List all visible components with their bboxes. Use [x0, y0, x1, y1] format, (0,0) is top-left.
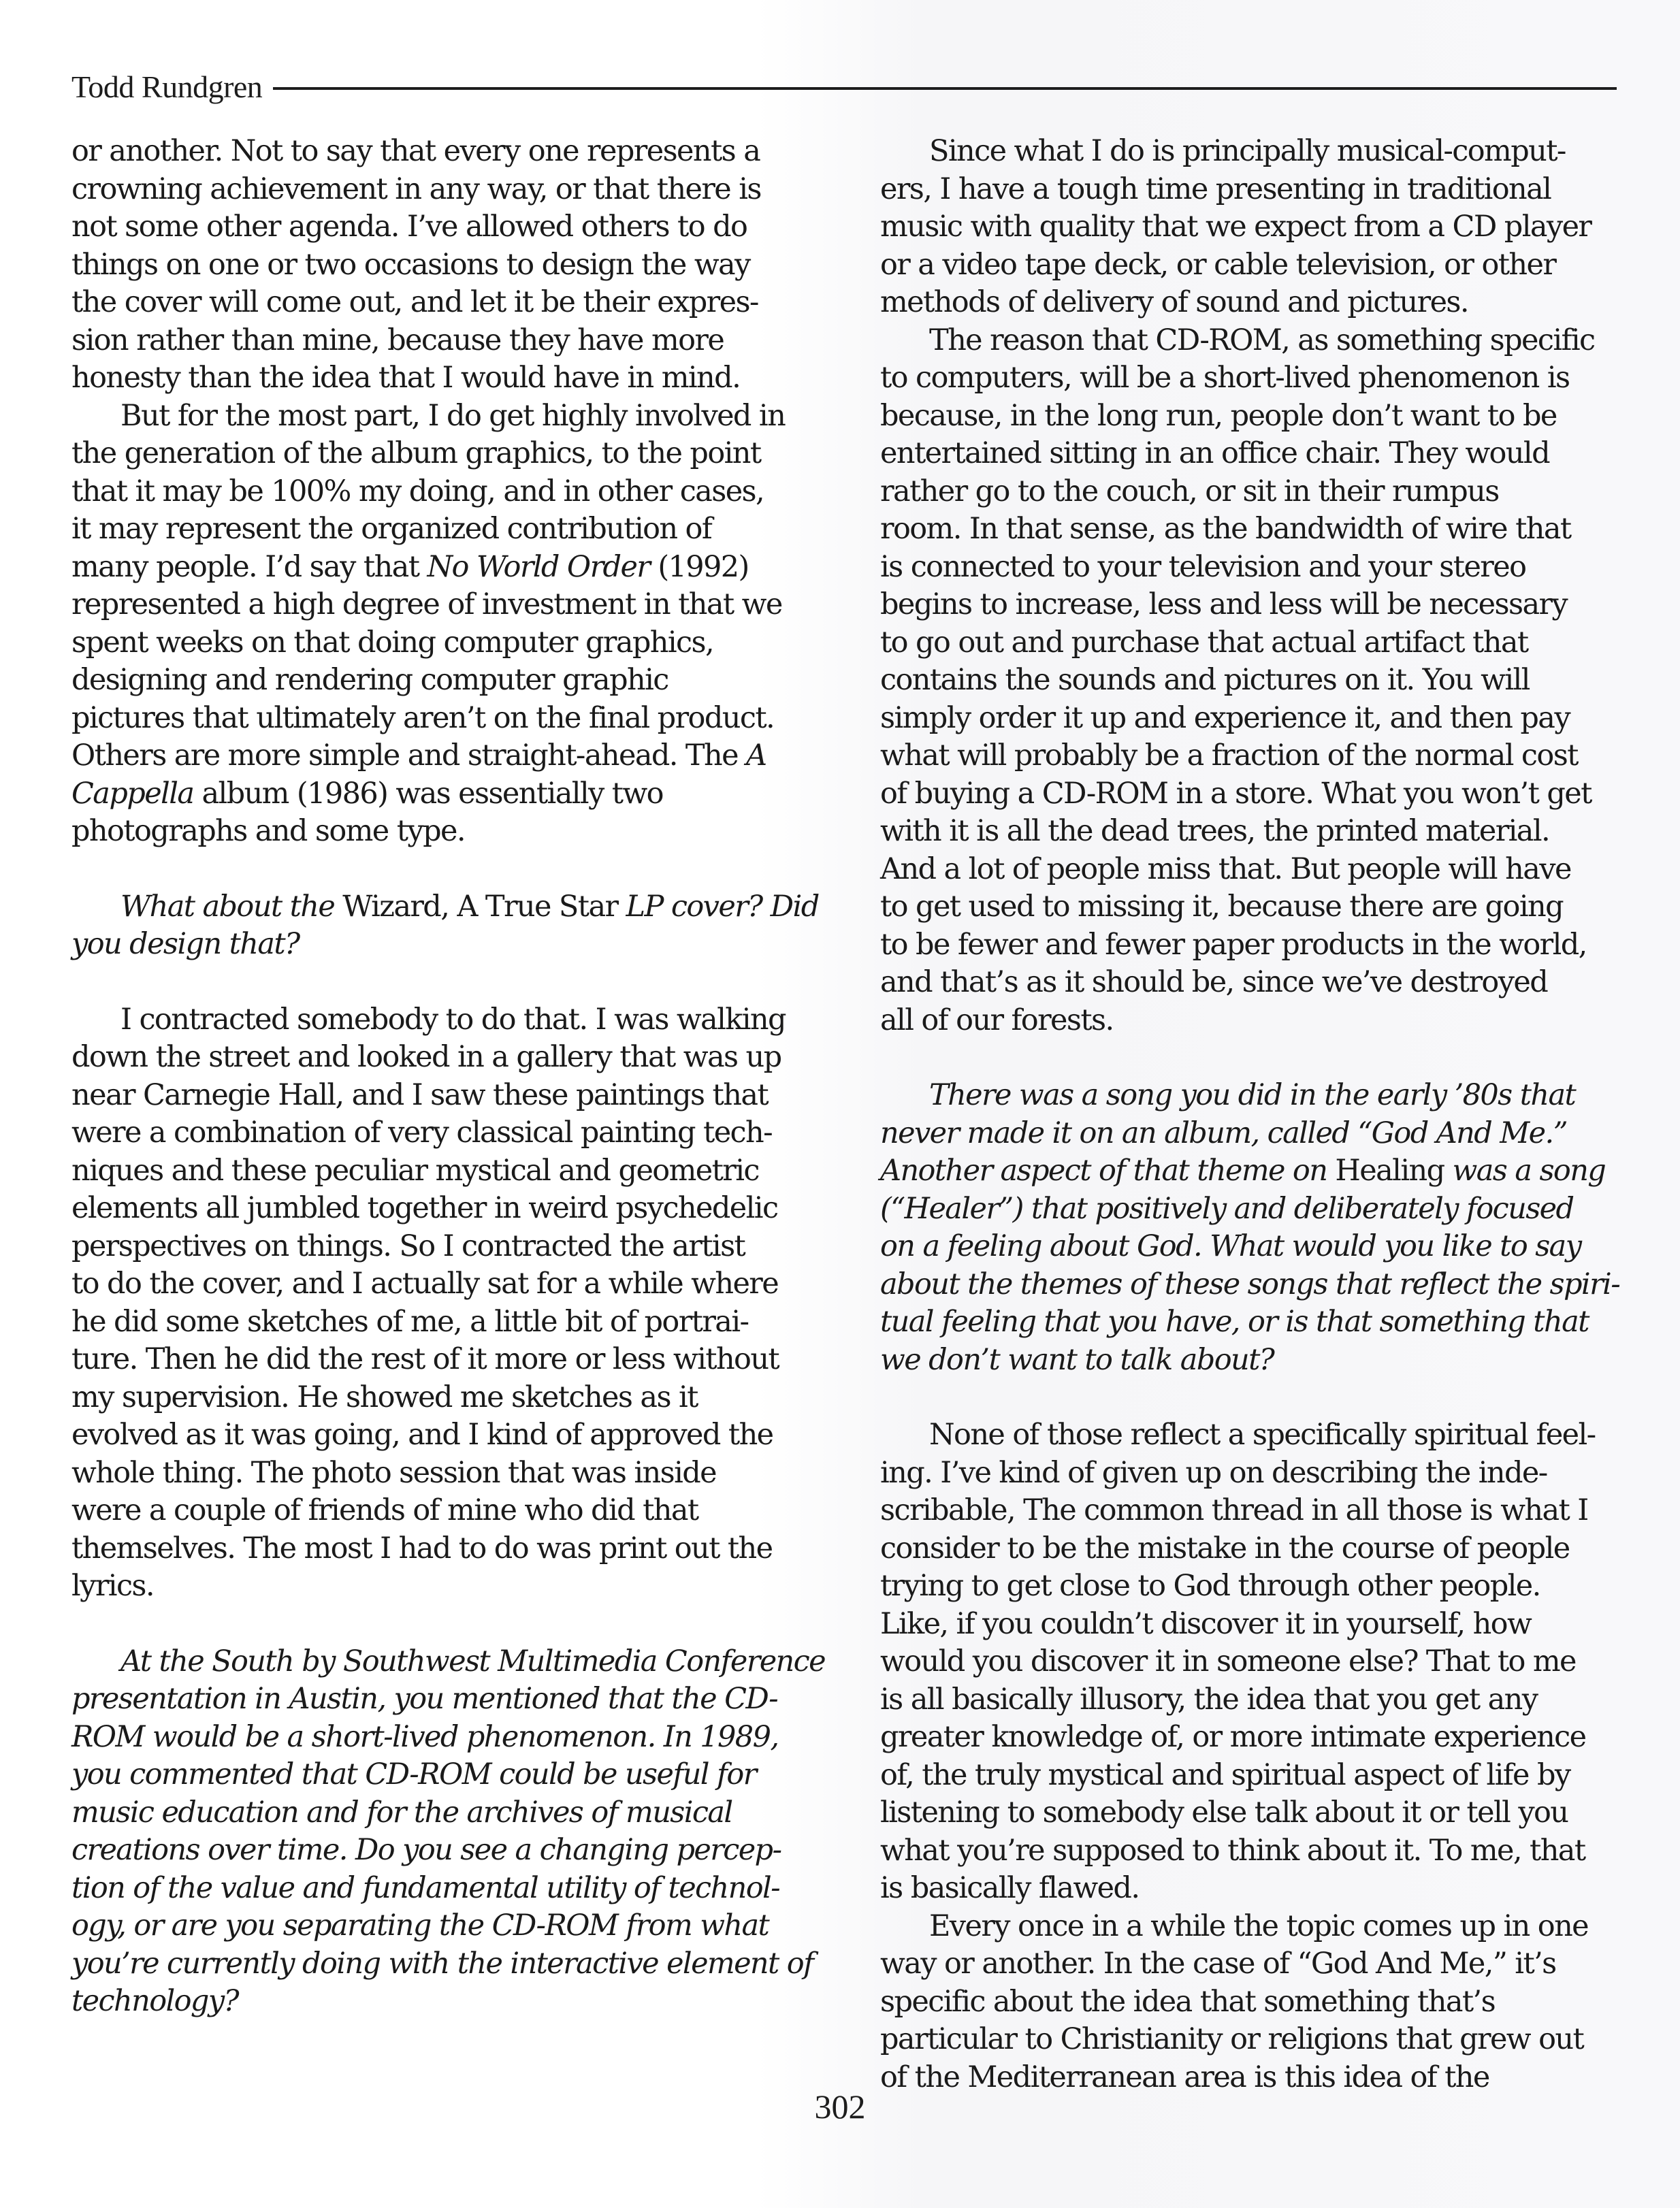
spacer [71, 1606, 810, 1643]
spacer [71, 851, 810, 888]
text-line: evolved as it was going, and I kind of a… [71, 1416, 810, 1455]
text-line: I contracted somebody to do that. I was … [71, 1001, 810, 1039]
text-line: is basically flawed. [880, 1870, 1619, 1908]
text-line: would you discover it in someone else? T… [880, 1643, 1619, 1681]
text-line: trying to get close to God through other… [880, 1568, 1619, 1606]
text-line: particular to Christianity or religions … [880, 2021, 1619, 2059]
text-line: honesty than the idea that I would have … [71, 359, 810, 397]
text-line: photographs and some type. [71, 813, 810, 851]
spacer [880, 1039, 1619, 1077]
text-line: niques and these peculiar mystical and g… [71, 1152, 810, 1190]
text-line: There was a song you did in the early ’8… [880, 1077, 1619, 1115]
text-line: greater knowledge of, or more intimate e… [880, 1719, 1619, 1757]
answer-paragraph: Since what I do is principally musical-c… [880, 133, 1619, 322]
text-line: because, in the long run, people don’t w… [880, 397, 1619, 436]
text-line: of buying a CD-ROM in a store. What you … [880, 775, 1619, 813]
text-line: pictures that ultimately aren’t on the f… [71, 700, 810, 738]
text-line: methods of delivery of sound and picture… [880, 284, 1619, 322]
text-line: never made it on an album, called “God A… [880, 1115, 1619, 1153]
spacer [71, 964, 810, 1001]
header-rule [273, 87, 1617, 90]
text-line: perspectives on things. So I contracted … [71, 1228, 810, 1266]
text-line: The reason that CD-ROM, as something spe… [880, 322, 1619, 360]
text-line: is all basically illusory, the idea that… [880, 1681, 1619, 1719]
text-line: crowning achievement in any way, or that… [71, 171, 810, 209]
text-run: (1992) [649, 550, 748, 584]
text-line: And a lot of people miss that. But peopl… [880, 851, 1619, 889]
text-line: that it may be 100% my doing, and in oth… [71, 473, 810, 511]
answer-paragraph: The reason that CD-ROM, as something spe… [880, 322, 1619, 1040]
album-title: Healing [1335, 1154, 1444, 1188]
text-line: Cappella album (1986) was essentially tw… [71, 775, 810, 813]
text-line: you design that? [71, 926, 810, 964]
text-line: spent weeks on that doing computer graph… [71, 624, 810, 662]
text-line: not some other agenda. I’ve allowed othe… [71, 208, 810, 246]
text-line: entertained sitting in an office chair. … [880, 435, 1619, 473]
text-line: But for the most part, I do get highly i… [71, 397, 810, 436]
text-line: about the themes of these songs that ref… [880, 1266, 1619, 1304]
text-line: simply order it up and experience it, an… [880, 700, 1619, 738]
text-line: presentation in Austin, you mentioned th… [71, 1681, 810, 1719]
text-line: near Carnegie Hall, and I saw these pain… [71, 1077, 810, 1115]
text-line: What about the Wizard, A True Star LP co… [71, 888, 810, 926]
text-line: designing and rendering computer graphic [71, 662, 810, 700]
text-line: what you’re supposed to think about it. … [880, 1832, 1619, 1870]
text-line: to do the cover, and I actually sat for … [71, 1265, 810, 1303]
text-line: many people. I’d say that No World Order… [71, 549, 810, 587]
text-line: whole thing. The photo session that was … [71, 1455, 810, 1493]
text-line: None of those reflect a specifically spi… [880, 1416, 1619, 1455]
running-title: Todd Rundgren [71, 69, 262, 105]
text-line: to go out and purchase that actual artif… [880, 624, 1619, 662]
text-line: he did some sketches of me, a little bit… [71, 1303, 810, 1342]
text-run: What about the [120, 890, 342, 924]
text-run: many people. I’d say that [71, 550, 427, 584]
text-line: ROM would be a short-lived phenomenon. I… [71, 1719, 810, 1757]
text-line: ing. I’ve kind of given up on describing… [880, 1455, 1619, 1493]
text-line: you’re currently doing with the interact… [71, 1945, 810, 1983]
text-line: scribable, The common thread in all thos… [880, 1492, 1619, 1530]
running-header: Todd Rundgren [71, 63, 1617, 110]
text-line: Every once in a while the topic comes up… [880, 1908, 1619, 1946]
album-title: Cappella [71, 777, 193, 811]
text-line: on a feeling about God. What would you l… [880, 1228, 1619, 1266]
album-title: A [746, 738, 766, 773]
question-paragraph: At the South by Southwest Multimedia Con… [71, 1643, 810, 2021]
text-line: or another. Not to say that every one re… [71, 133, 810, 171]
text-line: creations over time. Do you see a changi… [71, 1832, 810, 1870]
text-line: ture. Then he did the rest of it more or… [71, 1341, 810, 1379]
text-run: Another aspect of that theme on [880, 1154, 1335, 1188]
text-line: or a video tape deck, or cable televisio… [880, 246, 1619, 285]
text-line: ers, I have a tough time presenting in t… [880, 171, 1619, 209]
answer-paragraph: I contracted somebody to do that. I was … [71, 1001, 810, 1606]
text-line: Others are more simple and straight-ahea… [71, 737, 810, 775]
text-line: to be fewer and fewer paper products in … [880, 926, 1619, 964]
answer-paragraph: Every once in a while the topic comes up… [880, 1908, 1619, 2097]
answer-paragraph: But for the most part, I do get highly i… [71, 397, 810, 851]
text-line: tion of the value and fundamental utilit… [71, 1870, 810, 1908]
text-line: you commented that CD-ROM could be usefu… [71, 1756, 810, 1794]
text-run: LP cover? Did [617, 890, 818, 924]
text-line: Since what I do is principally musical-c… [880, 133, 1619, 171]
text-line: were a couple of friends of mine who did… [71, 1492, 810, 1530]
left-column: or another. Not to say that every one re… [71, 133, 810, 2021]
text-line: rather go to the couch, or sit in their … [880, 473, 1619, 511]
text-line: ogy, or are you separating the CD-ROM fr… [71, 1907, 810, 1945]
text-line: tual feeling that you have, or is that s… [880, 1303, 1619, 1342]
text-run: was a song [1444, 1154, 1606, 1188]
page-number: 302 [0, 2087, 1680, 2126]
text-line: themselves. The most I had to do was pri… [71, 1530, 810, 1568]
text-line: down the street and looked in a gallery … [71, 1039, 810, 1077]
text-run: album (1986) was essentially two [193, 777, 663, 811]
text-line: listening to somebody else talk about it… [880, 1794, 1619, 1832]
text-run: Others are more simple and straight-ahea… [71, 738, 746, 773]
text-line: music with quality that we expect from a… [880, 208, 1619, 246]
text-line: the cover will come out, and let it be t… [71, 284, 810, 322]
text-line: Like, if you couldn’t discover it in you… [880, 1606, 1619, 1644]
text-line: all of our forests. [880, 1002, 1619, 1040]
text-line: to get used to missing it, because there… [880, 888, 1619, 926]
text-line: represented a high degree of investment … [71, 586, 810, 624]
text-line: music education and for the archives of … [71, 1794, 810, 1832]
text-line: to computers, will be a short-lived phen… [880, 359, 1619, 397]
text-line: and that’s as it should be, since we’ve … [880, 964, 1619, 1002]
answer-paragraph: None of those reflect a specifically spi… [880, 1416, 1619, 1908]
text-line: it may represent the organized contribut… [71, 510, 810, 549]
text-line: begins to increase, less and less will b… [880, 586, 1619, 624]
text-line: Another aspect of that theme on Healing … [880, 1152, 1619, 1190]
text-line: what will probably be a fraction of the … [880, 737, 1619, 775]
text-line: elements all jumbled together in weird p… [71, 1190, 810, 1228]
album-title: No World Order [427, 550, 649, 584]
text-line: sion rather than mine, because they have… [71, 322, 810, 360]
text-line: we don’t want to talk about? [880, 1342, 1619, 1380]
text-line: my supervision. He showed me sketches as… [71, 1379, 810, 1417]
album-title: Wizard, A True Star [342, 890, 617, 924]
text-line: of, the truly mystical and spiritual asp… [880, 1757, 1619, 1795]
text-line: contains the sounds and pictures on it. … [880, 662, 1619, 700]
text-line: (“Healer”) that positively and deliberat… [880, 1190, 1619, 1229]
text-line: specific about the idea that something t… [880, 1983, 1619, 2022]
text-line: with it is all the dead trees, the print… [880, 813, 1619, 851]
text-line: lyrics. [71, 1568, 810, 1606]
spacer [880, 1379, 1619, 1416]
text-line: way or another. In the case of “God And … [880, 1945, 1619, 1983]
text-line: the generation of the album graphics, to… [71, 435, 810, 473]
question-paragraph: There was a song you did in the early ’8… [880, 1077, 1619, 1379]
right-column: Since what I do is principally musical-c… [880, 133, 1619, 2096]
text-line: is connected to your television and your… [880, 549, 1619, 587]
text-line: technology? [71, 1983, 810, 2021]
text-line: were a combination of very classical pai… [71, 1114, 810, 1152]
question-paragraph: What about the Wizard, A True Star LP co… [71, 888, 810, 964]
text-line: things on one or two occasions to design… [71, 246, 810, 285]
answer-paragraph: or another. Not to say that every one re… [71, 133, 810, 397]
text-line: At the South by Southwest Multimedia Con… [71, 1643, 810, 1681]
text-line: room. In that sense, as the bandwidth of… [880, 510, 1619, 549]
text-line: consider to be the mistake in the course… [880, 1530, 1619, 1568]
